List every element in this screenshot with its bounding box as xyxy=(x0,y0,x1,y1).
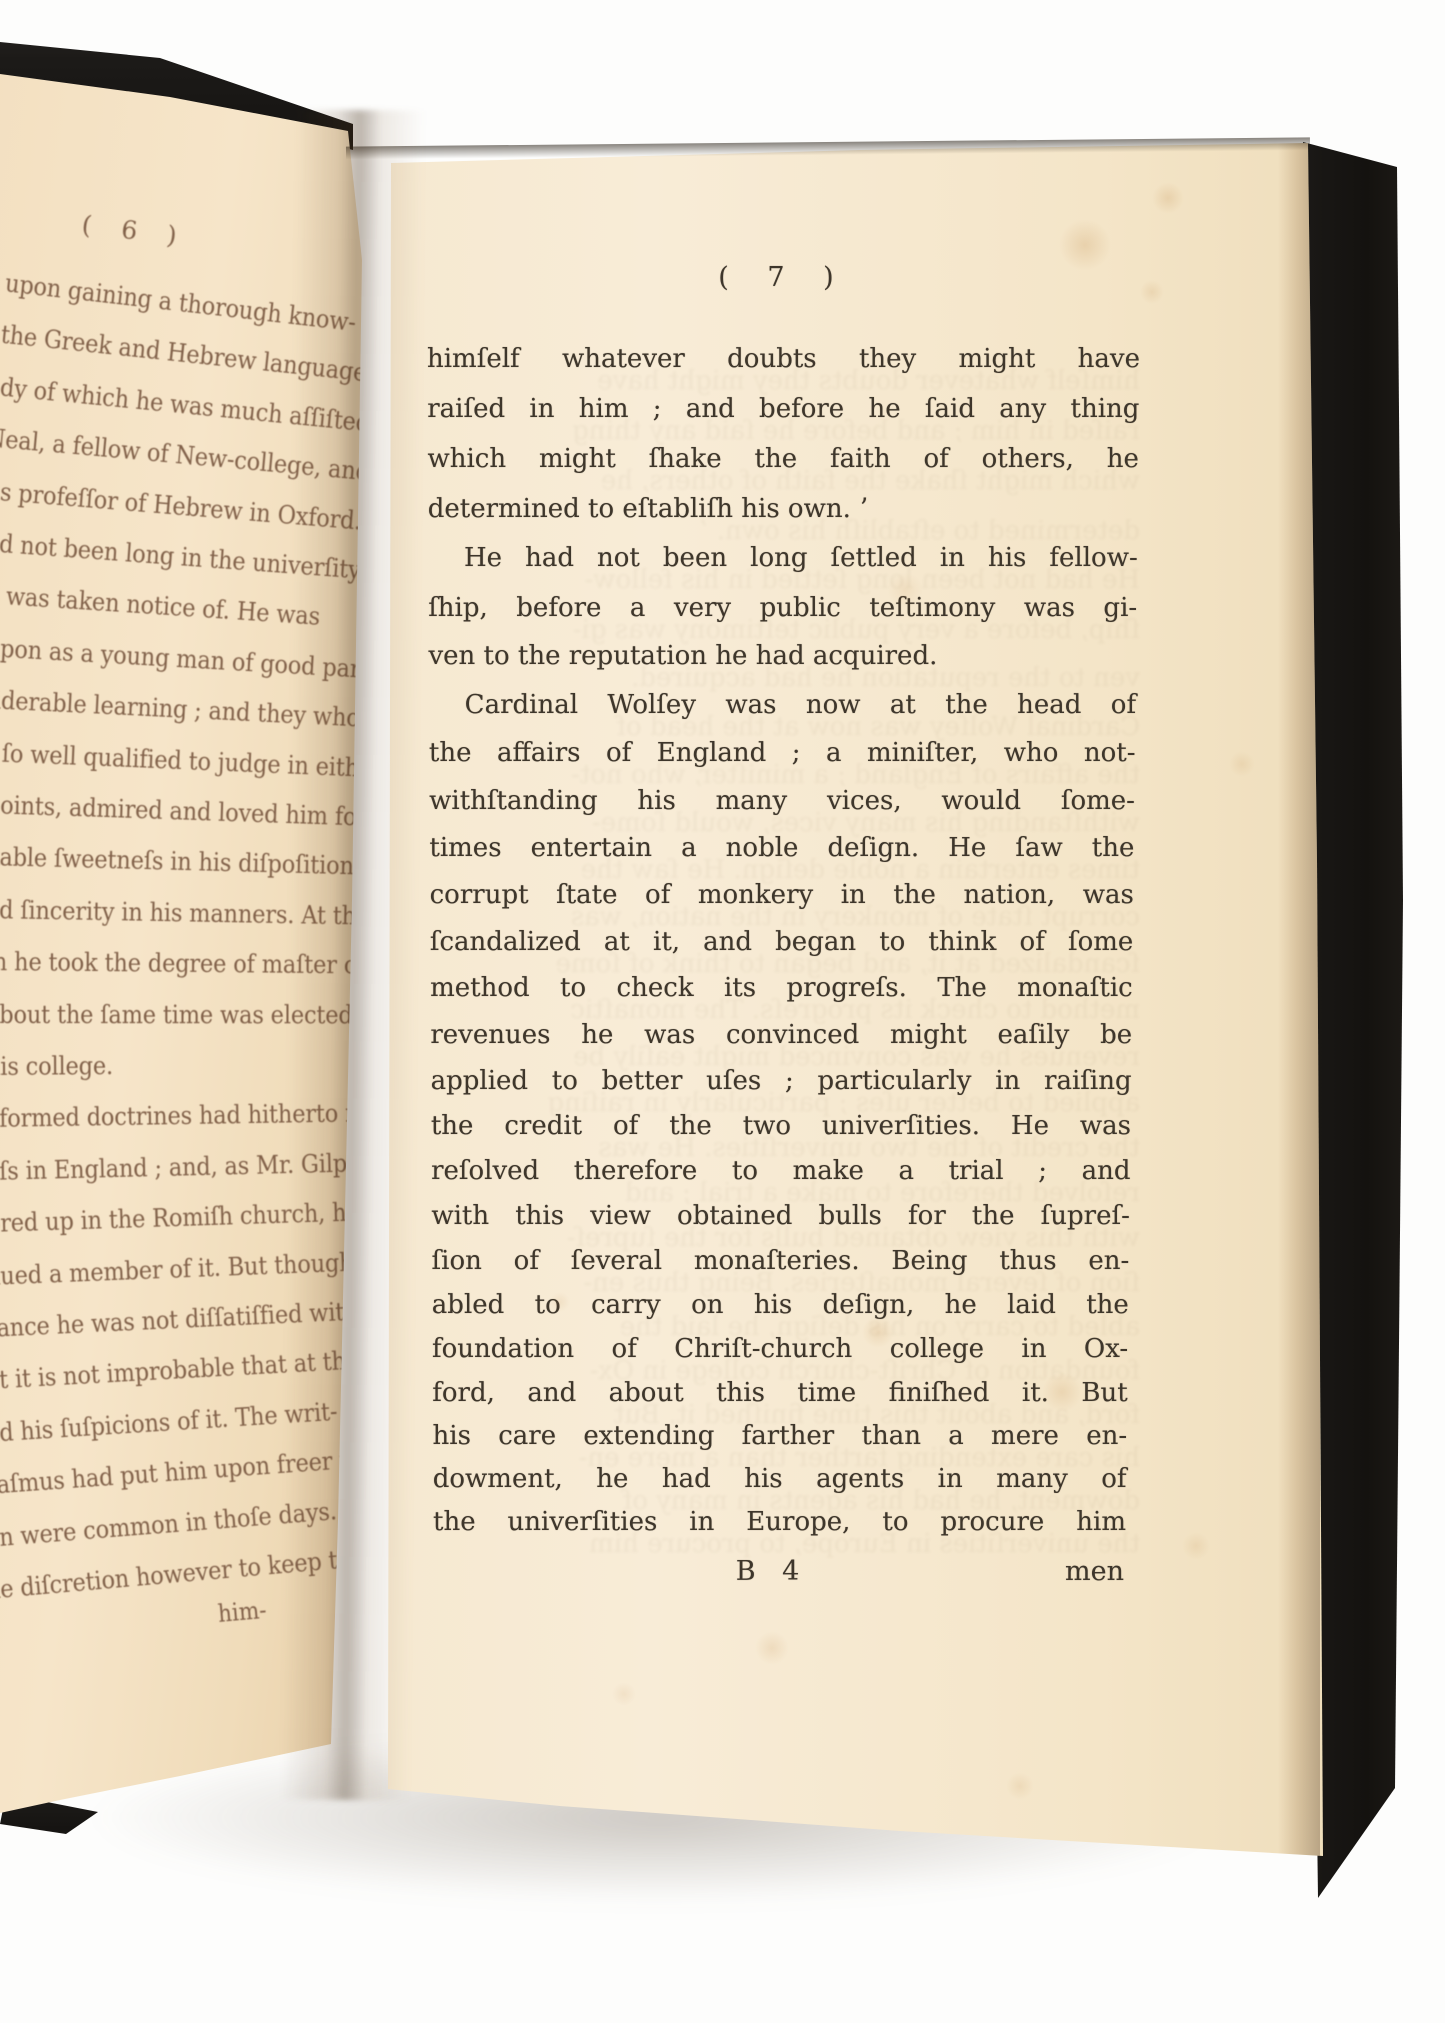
foxing-spot xyxy=(550,1292,570,1312)
foxing-spot xyxy=(755,1631,789,1665)
foxing-spot xyxy=(1182,1532,1210,1560)
gutter-shadow xyxy=(281,109,426,1800)
foxing-spot xyxy=(887,572,923,608)
antique-book-photo: ( 6 ) y upon gaining a thorough know-f t… xyxy=(0,0,1445,2023)
foxing-spot xyxy=(1042,1372,1082,1412)
foxing-spot xyxy=(862,1316,894,1348)
left-page-line: his college. xyxy=(0,1053,113,1079)
foxing-spot xyxy=(1140,280,1164,304)
left-page-line: e was taken notice of. He was xyxy=(0,582,321,629)
foxing-spot xyxy=(1152,182,1184,214)
left-page-catchword: him- xyxy=(217,1596,268,1628)
foxing-spot xyxy=(1006,1772,1034,1800)
foxing-spot xyxy=(1229,751,1255,777)
foxing-spot xyxy=(1059,219,1111,271)
foxing-spot xyxy=(612,1682,636,1706)
